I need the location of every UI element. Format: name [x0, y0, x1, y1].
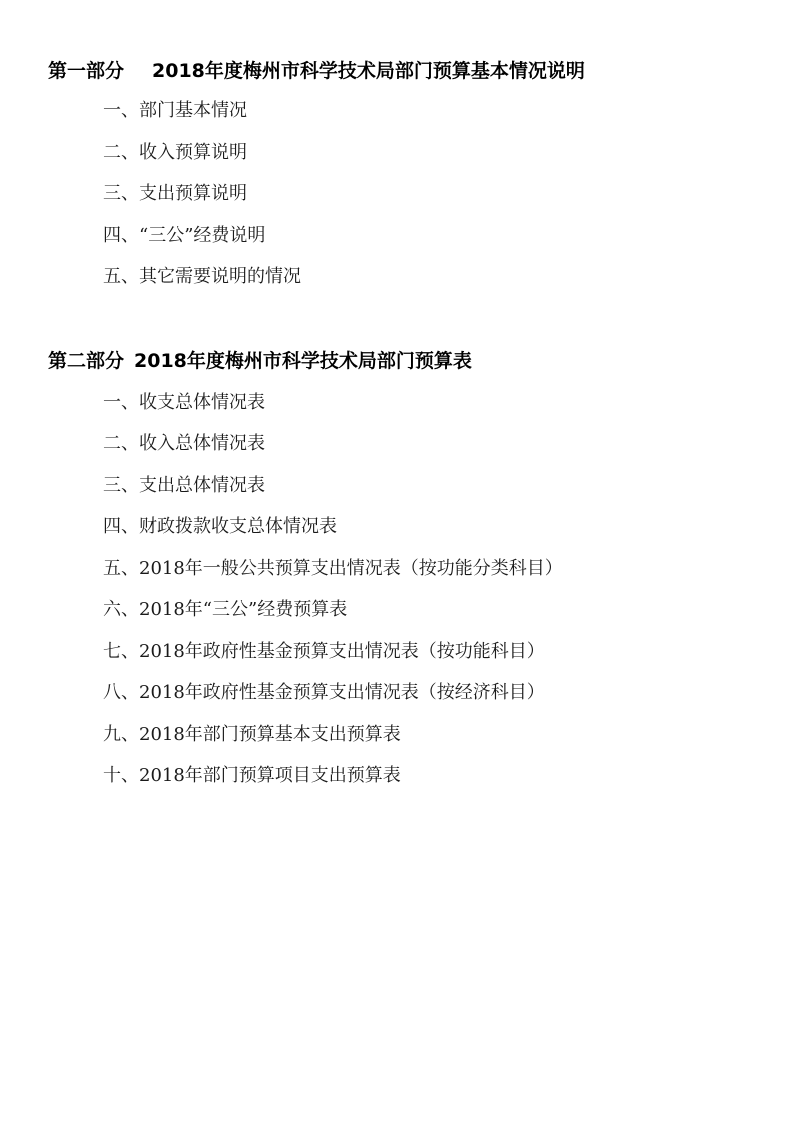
part2-title: 2018年度梅州市科学技术局部门预算表 [134, 350, 472, 372]
part2-item: 六、2018年“三公”经费预算表 [103, 598, 347, 622]
part1-item: 二、收入预算说明 [103, 141, 247, 165]
part2-item: 十、2018年部门预算项目支出预算表 [103, 764, 401, 788]
part1-label: 第一部分 [48, 59, 124, 83]
part2-item: 八、2018年政府性基金预算支出情况表（按经济科目） [103, 681, 545, 705]
document-page: 第一部分2018年度梅州市科学技术局部门预算基本情况说明 一、部门基本情况 二、… [0, 0, 793, 1122]
part1-title: 2018年度梅州市科学技术局部门预算基本情况说明 [152, 60, 585, 82]
part1-item: 一、部门基本情况 [103, 99, 247, 123]
part1-item: 三、支出预算说明 [103, 182, 247, 206]
part1-item: 五、其它需要说明的情况 [103, 265, 301, 289]
part2-item: 九、2018年部门预算基本支出预算表 [103, 723, 401, 747]
part2-item: 二、收入总体情况表 [103, 432, 265, 456]
part2-heading: 第二部分2018年度梅州市科学技术局部门预算表 [48, 349, 472, 373]
part2-label: 第二部分 [48, 349, 124, 373]
part2-item: 五、2018年一般公共预算支出情况表（按功能分类科目） [103, 557, 563, 581]
part1-heading: 第一部分2018年度梅州市科学技术局部门预算基本情况说明 [48, 59, 585, 83]
part2-item: 三、支出总体情况表 [103, 474, 265, 498]
part1-item: 四、“三公”经费说明 [103, 224, 265, 248]
part2-item: 七、2018年政府性基金预算支出情况表（按功能科目） [103, 640, 545, 664]
part2-item: 四、财政拨款收支总体情况表 [103, 515, 337, 539]
part2-item: 一、收支总体情况表 [103, 391, 265, 415]
